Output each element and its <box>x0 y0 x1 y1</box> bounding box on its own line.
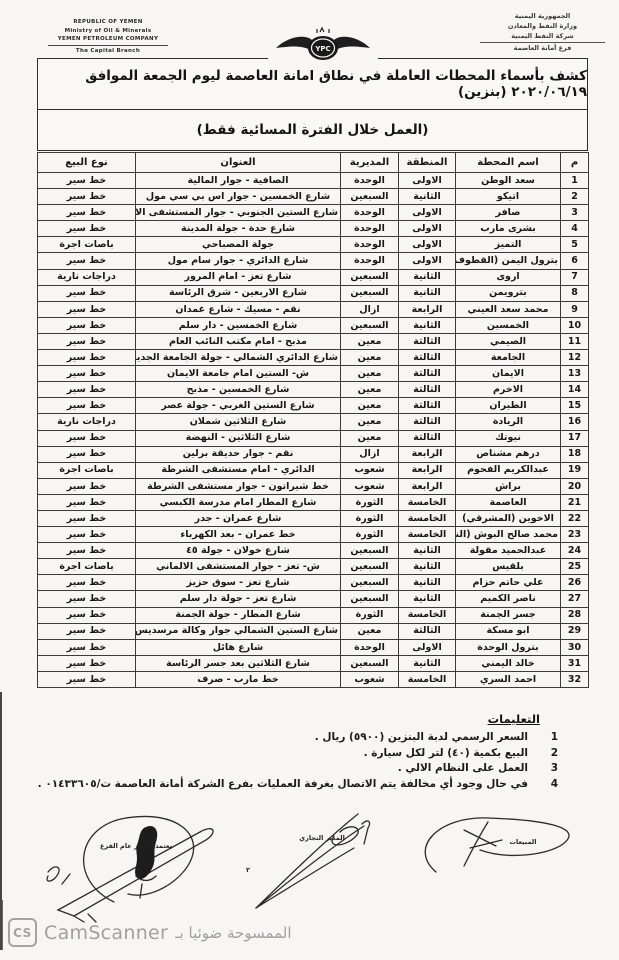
station-zone: الخامسة <box>399 527 456 543</box>
table-row: 21 العاصمة الخامسة الثورة شارع المطار ام… <box>38 494 589 510</box>
station-district: شعوب <box>341 462 399 478</box>
signature-commercial-label: المدير التجاري <box>299 834 345 842</box>
station-address: شارع الثلاثين بعد جسر الرئاسة <box>136 655 341 671</box>
station-zone: الثانية <box>399 655 456 671</box>
signature-commercial: المدير التجاري ٢ <box>246 814 370 908</box>
station-number: 32 <box>561 671 589 687</box>
station-address: مذبح - امام مكتب النائب العام <box>136 333 341 349</box>
station-district: معين <box>341 382 399 398</box>
station-name: عبدالحميد مقولة <box>456 543 561 559</box>
title-box: كشف بأسماء المحطات العاملة في نطاق امانة… <box>37 58 588 151</box>
station-number: 19 <box>561 462 589 478</box>
station-address: خط عمران - بعد الكهرباء <box>136 527 341 543</box>
station-zone: الرابعة <box>399 446 456 462</box>
station-zone: الاولى <box>399 639 456 655</box>
station-number: 29 <box>561 623 589 639</box>
station-address: شارع الثلاثين شملان <box>136 414 341 430</box>
station-district: السبعين <box>341 317 399 333</box>
table-row: 16 الريادة الثالثة معين شارع الثلاثين شم… <box>38 414 589 430</box>
station-zone: الرابعة <box>399 301 456 317</box>
station-address: نقم - مسيك - شارع غمدان <box>136 301 341 317</box>
station-number: 4 <box>561 221 589 237</box>
instruction-item: 1 السعر الرسمي لدبة البنزين (٥٩٠٠) ريال … <box>33 731 558 743</box>
station-number: 1 <box>561 173 589 189</box>
instruction-number: 4 <box>544 778 558 790</box>
station-number: 2 <box>561 189 589 205</box>
station-sale-type: خط سير <box>38 623 136 639</box>
instruction-text: السعر الرسمي لدبة البنزين (٥٩٠٠) ريال . <box>315 731 528 743</box>
station-zone: الثالثة <box>399 414 456 430</box>
station-district: السبعين <box>341 591 399 607</box>
station-zone: الاولى <box>399 253 456 269</box>
station-address: ش- الستين امام جامعة الايمان <box>136 366 341 382</box>
table-row: 7 اروى الثانية السبعين شارع تعز - امام ا… <box>38 269 589 285</box>
station-address: جولة المصباحي <box>136 237 341 253</box>
station-sale-type: خط سير <box>38 446 136 462</box>
station-zone: الثانية <box>399 189 456 205</box>
station-sale-type: خط سير <box>38 205 136 221</box>
station-district: السبعين <box>341 269 399 285</box>
station-sale-type: خط سير <box>38 478 136 494</box>
station-sale-type: خط سير <box>38 430 136 446</box>
station-number: 12 <box>561 350 589 366</box>
station-sale-type: خط سير <box>38 221 136 237</box>
station-district: شعوب <box>341 671 399 687</box>
instruction-item: 3 العمل على النظام الالي . <box>33 762 558 774</box>
station-number: 24 <box>561 543 589 559</box>
letterhead-en-line2: Ministry of Oil & Minerals <box>48 27 168 36</box>
station-address: شارع الدائري الشمالي - جولة الجامعة الجد… <box>136 350 341 366</box>
station-address: شارع الدائري - جوار سام مول <box>136 253 341 269</box>
station-zone: الثالثة <box>399 430 456 446</box>
station-sale-type: خط سير <box>38 591 136 607</box>
station-district: معين <box>341 430 399 446</box>
letterhead-arabic: الجمهورية اليمنية وزارة النفط والمعادن ش… <box>480 12 605 54</box>
table-row: 4 بشرى مارب الاولى الوحدة شارع حدة - جول… <box>38 221 589 237</box>
table-row: 19 عبدالكريم الفحوم الرابعة شعوب الدائري… <box>38 462 589 478</box>
station-sale-type: خط سير <box>38 527 136 543</box>
station-sale-type: خط سير <box>38 350 136 366</box>
station-number: 26 <box>561 575 589 591</box>
header-num: م <box>561 153 589 173</box>
station-zone: الثالثة <box>399 623 456 639</box>
letterhead-ar-line1: الجمهورية اليمنية <box>480 12 605 22</box>
station-zone: الثانية <box>399 543 456 559</box>
station-name: ابو مسكة <box>456 623 561 639</box>
station-number: 21 <box>561 494 589 510</box>
station-address: شارع الخمسين - جوار اس بي سي مول <box>136 189 341 205</box>
table-row: 17 نيوتك الثالثة معين شارع الثلاثين - ال… <box>38 430 589 446</box>
station-name: سعد الوطن <box>456 173 561 189</box>
table-row: 6 بترول اليمن (القطوف) الاولى الوحدة شار… <box>38 253 589 269</box>
station-zone: الاولى <box>399 205 456 221</box>
station-district: السبعين <box>341 189 399 205</box>
station-address: شارع المطار امام مدرسة الكبسي <box>136 494 341 510</box>
station-number: 13 <box>561 366 589 382</box>
station-name: اتيكو <box>456 189 561 205</box>
station-zone: الثانية <box>399 575 456 591</box>
station-address: شارع خولان - جولة ٤٥ <box>136 543 341 559</box>
table-row: 2 اتيكو الثانية السبعين شارع الخمسين - ج… <box>38 189 589 205</box>
station-address: شارع الخمسين - مذبح <box>136 382 341 398</box>
station-sale-type: باصات اجرة <box>38 559 136 575</box>
signature-sales: المبيعات <box>425 818 569 872</box>
station-sale-type: دراجات نارية <box>38 414 136 430</box>
station-number: 7 <box>561 269 589 285</box>
station-name: خالد اليمني <box>456 655 561 671</box>
station-name: براش <box>456 478 561 494</box>
stations-table: م اسم المحطة المنطقة المديرية العنوان نو… <box>37 152 589 688</box>
table-row: 31 خالد اليمني الثانية السبعين شارع الثل… <box>38 655 589 671</box>
station-sale-type: خط سير <box>38 317 136 333</box>
station-zone: الخامسة <box>399 607 456 623</box>
station-address: شارع الاربعين - شرق الرئاسة <box>136 285 341 301</box>
scanned-by-text: الممسوحة ضوئيا بـ <box>175 924 291 942</box>
ypc-logo-text: YPC <box>314 45 330 53</box>
station-zone: الرابعة <box>399 462 456 478</box>
letterhead-ar-line3: شركة النفط اليمنية <box>480 32 605 42</box>
table-row: 1 سعد الوطن الاولى الوحدة الصافية - جوار… <box>38 173 589 189</box>
station-address: شارع تعز - امام المرور <box>136 269 341 285</box>
station-district: السبعين <box>341 655 399 671</box>
station-zone: الثانية <box>399 317 456 333</box>
station-zone: الثانية <box>399 559 456 575</box>
table-row: 3 صافر الاولى الوحدة شارع الستين الجنوبي… <box>38 205 589 221</box>
station-district: الثورة <box>341 607 399 623</box>
table-row: 12 الجامعة الثالثة معين شارع الدائري الش… <box>38 350 589 366</box>
station-sale-type: خط سير <box>38 607 136 623</box>
station-number: 16 <box>561 414 589 430</box>
station-number: 6 <box>561 253 589 269</box>
station-sale-type: خط سير <box>38 366 136 382</box>
station-sale-type: خط سير <box>38 189 136 205</box>
table-row: 22 الاخوين (المشرقي) الخامسة الثورة شارع… <box>38 510 589 526</box>
letterhead-en-line4: The Capital Branch <box>48 45 168 56</box>
table-row: 26 علي حاتم حزام الثانية السبعين شارع تع… <box>38 575 589 591</box>
station-district: الثورة <box>341 494 399 510</box>
station-sale-type: دراجات نارية <box>38 269 136 285</box>
station-name: الصيمي <box>456 333 561 349</box>
station-number: 17 <box>561 430 589 446</box>
station-address: شارع الستين الشمالي جوار وكالة مرسديس <box>136 623 341 639</box>
table-row: 10 الخمسين الثانية السبعين شارع الخمسين … <box>38 317 589 333</box>
station-sale-type: خط سير <box>38 575 136 591</box>
station-number: 18 <box>561 446 589 462</box>
letterhead-english: REPUBLIC OF YEMEN Ministry of Oil & Mine… <box>48 18 168 55</box>
station-name: الايمان <box>456 366 561 382</box>
station-district: الوحدة <box>341 639 399 655</box>
stations-tbody: 1 سعد الوطن الاولى الوحدة الصافية - جوار… <box>38 173 589 688</box>
table-row: 11 الصيمي الثالثة معين مذبح - امام مكتب … <box>38 333 589 349</box>
station-name: الاخرم <box>456 382 561 398</box>
station-number: 3 <box>561 205 589 221</box>
station-zone: الثالثة <box>399 366 456 382</box>
station-address: الصافية - جوار المالية <box>136 173 341 189</box>
station-zone: الخامسة <box>399 510 456 526</box>
instruction-item: 2 البيع بكمية (٤٠) لتر لكل سيارة . <box>33 747 558 759</box>
station-district: الثورة <box>341 527 399 543</box>
instruction-number: 1 <box>544 731 558 743</box>
station-number: 20 <box>561 478 589 494</box>
ypc-logo-icon: YPC <box>268 24 378 70</box>
station-district: معين <box>341 333 399 349</box>
station-sale-type: خط سير <box>38 655 136 671</box>
station-zone: الثانية <box>399 285 456 301</box>
station-address: شارع الستين الغربي - جولة عصر <box>136 398 341 414</box>
station-name: الطيران <box>456 398 561 414</box>
signature-approval: يعتمد / مدير عام الفرع <box>47 816 213 922</box>
station-zone: الثالثة <box>399 333 456 349</box>
station-name: جسر الجمنة <box>456 607 561 623</box>
instructions-heading: التعليمات <box>488 712 540 726</box>
station-zone: الخامسة <box>399 671 456 687</box>
station-district: السبعين <box>341 559 399 575</box>
scan-edge-artifact <box>2 900 3 950</box>
station-number: 31 <box>561 655 589 671</box>
station-sale-type: خط سير <box>38 285 136 301</box>
station-sale-type: خط سير <box>38 301 136 317</box>
station-address: ش- تعز - جوار المستشفى الالماني <box>136 559 341 575</box>
station-address: شارع الخمسين - دار سلم <box>136 317 341 333</box>
station-district: معين <box>341 414 399 430</box>
document-subtitle: (العمل خلال الفترة المسائية فقط) <box>197 122 429 138</box>
station-address: شارع المطار - جولة الجمنة <box>136 607 341 623</box>
station-address: شارع عمران - جدر <box>136 510 341 526</box>
station-address: نقم - جوار حديقة برلين <box>136 446 341 462</box>
station-sale-type: باصات اجرة <box>38 462 136 478</box>
station-district: الوحدة <box>341 253 399 269</box>
instruction-number: 3 <box>544 762 558 774</box>
station-district: الثورة <box>341 510 399 526</box>
instructions-section: التعليمات 1 السعر الرسمي لدبة البنزين (٥… <box>33 708 588 793</box>
station-number: 27 <box>561 591 589 607</box>
station-number: 25 <box>561 559 589 575</box>
station-district: السبعين <box>341 285 399 301</box>
station-district: السبعين <box>341 575 399 591</box>
station-sale-type: باصات اجرة <box>38 237 136 253</box>
station-number: 23 <box>561 527 589 543</box>
station-number: 30 <box>561 639 589 655</box>
station-address: خط مارب - صرف <box>136 671 341 687</box>
table-row: 24 عبدالحميد مقولة الثانية السبعين شارع … <box>38 543 589 559</box>
station-sale-type: خط سير <box>38 510 136 526</box>
station-name: بشرى مارب <box>456 221 561 237</box>
station-district: شعوب <box>341 478 399 494</box>
station-district: معين <box>341 366 399 382</box>
station-name: الريادة <box>456 414 561 430</box>
station-sale-type: خط سير <box>38 639 136 655</box>
station-number: 28 <box>561 607 589 623</box>
station-zone: الاولى <box>399 237 456 253</box>
station-number: 8 <box>561 285 589 301</box>
station-sale-type: خط سير <box>38 671 136 687</box>
station-district: الوحدة <box>341 205 399 221</box>
station-name: اروى <box>456 269 561 285</box>
instruction-text: العمل على النظام الالي . <box>398 762 528 774</box>
station-name: العاصمة <box>456 494 561 510</box>
station-address: شارع حدة - جولة المدينة <box>136 221 341 237</box>
station-name: محمد سعد العيني <box>456 301 561 317</box>
station-sale-type: خط سير <box>38 494 136 510</box>
header-station-name: اسم المحطة <box>456 153 561 173</box>
station-name: علي حاتم حزام <box>456 575 561 591</box>
camscanner-name: CamScanner <box>44 922 168 944</box>
station-name: بترويمن <box>456 285 561 301</box>
table-row: 5 التميز الاولى الوحدة جولة المصباحي باص… <box>38 237 589 253</box>
table-row: 25 بلقيس الثانية السبعين ش- تعز - جوار ا… <box>38 559 589 575</box>
station-name: الجامعة <box>456 350 561 366</box>
signature-commercial-mark: ٢ <box>246 866 250 874</box>
instruction-number: 2 <box>544 747 558 759</box>
table-row: 32 احمد السري الخامسة شعوب خط مارب - صرف… <box>38 671 589 687</box>
station-name: صافر <box>456 205 561 221</box>
station-address: شارع تعز - جولة دار سلم <box>136 591 341 607</box>
station-sale-type: خط سير <box>38 173 136 189</box>
station-address: شارع الثلاثين - النهضة <box>136 430 341 446</box>
station-district: ازال <box>341 301 399 317</box>
signature-sales-label: المبيعات <box>510 838 537 846</box>
station-name: درهم مشناص <box>456 446 561 462</box>
table-row: 15 الطيران الثالثة معين شارع الستين الغر… <box>38 398 589 414</box>
instruction-item: 4 في حال وجود أي مخالفة يتم الاتصال بغرف… <box>33 778 558 790</box>
station-zone: الثانية <box>399 591 456 607</box>
station-name: الخمسين <box>456 317 561 333</box>
instruction-text: في حال وجود أي مخالفة يتم الاتصال بغرفة … <box>38 778 528 790</box>
station-address: شارع الستين الجنوبي - جوار المستشفى الاه… <box>136 205 341 221</box>
station-number: 9 <box>561 301 589 317</box>
station-name: التميز <box>456 237 561 253</box>
station-zone: الاولى <box>399 221 456 237</box>
document-title: كشف بأسماء المحطات العاملة في نطاق امانة… <box>38 68 587 100</box>
letterhead-ar-line2: وزارة النفط والمعادن <box>480 22 605 32</box>
station-sale-type: خط سير <box>38 398 136 414</box>
station-zone: الرابعة <box>399 478 456 494</box>
camscanner-footer: CS CamScanner الممسوحة ضوئيا بـ <box>8 918 292 947</box>
station-district: السبعين <box>341 543 399 559</box>
table-row: 14 الاخرم الثالثة معين شارع الخمسين - مذ… <box>38 382 589 398</box>
table-header-row: م اسم المحطة المنطقة المديرية العنوان نو… <box>38 153 589 173</box>
station-zone: الثالثة <box>399 382 456 398</box>
letterhead-en-line3: YEMEN PETROLEUM COMPANY <box>48 35 168 44</box>
station-sale-type: خط سير <box>38 253 136 269</box>
letterhead-ar-line4: فرع أمانة العاصمة <box>480 42 605 54</box>
station-name: بلقيس <box>456 559 561 575</box>
station-name: احمد السري <box>456 671 561 687</box>
station-name: محمد صالح البوش (النور) <box>456 527 561 543</box>
station-zone: الثالثة <box>399 350 456 366</box>
station-address: شارع تعز - سوق حزيز <box>136 575 341 591</box>
station-zone: الثالثة <box>399 398 456 414</box>
header-zone: المنطقة <box>399 153 456 173</box>
station-sale-type: خط سير <box>38 382 136 398</box>
station-sale-type: خط سير <box>38 333 136 349</box>
station-district: الوحدة <box>341 221 399 237</box>
table-row: 23 محمد صالح البوش (النور) الخامسة الثور… <box>38 527 589 543</box>
station-number: 22 <box>561 510 589 526</box>
station-name: بترول الوحدة <box>456 639 561 655</box>
station-address: الدائري - امام مستشفى الشرطة <box>136 462 341 478</box>
station-name: الاخوين (المشرقي) <box>456 510 561 526</box>
station-number: 5 <box>561 237 589 253</box>
station-name: نيوتك <box>456 430 561 446</box>
signature-approval-label: يعتمد / مدير عام الفرع <box>100 842 172 850</box>
header-district: المديرية <box>341 153 399 173</box>
station-district: معين <box>341 398 399 414</box>
table-row: 9 محمد سعد العيني الرابعة ازال نقم - مسي… <box>38 301 589 317</box>
station-number: 15 <box>561 398 589 414</box>
station-name: بترول اليمن (القطوف) <box>456 253 561 269</box>
table-row: 30 بترول الوحدة الاولى الوحدة شارع هائل … <box>38 639 589 655</box>
letterhead-en-line1: REPUBLIC OF YEMEN <box>48 18 168 27</box>
instruction-text: البيع بكمية (٤٠) لتر لكل سيارة . <box>364 747 528 759</box>
station-district: الوحدة <box>341 237 399 253</box>
station-address: خط شيراتون - جوار مستشفى الشرطة <box>136 478 341 494</box>
table-row: 27 ناصر الكميم الثانية السبعين شارع تعز … <box>38 591 589 607</box>
table-row: 13 الايمان الثالثة معين ش- الستين امام ج… <box>38 366 589 382</box>
header-sale-type: نوع البيع <box>38 153 136 173</box>
station-name: عبدالكريم الفحوم <box>456 462 561 478</box>
table-row: 8 بترويمن الثانية السبعين شارع الاربعين … <box>38 285 589 301</box>
station-district: معين <box>341 623 399 639</box>
signatures-area: المبيعات المدير التجاري ٢ يعتمد / مدير ع… <box>18 810 603 928</box>
station-number: 14 <box>561 382 589 398</box>
table-row: 28 جسر الجمنة الخامسة الثورة شارع المطار… <box>38 607 589 623</box>
station-district: ازال <box>341 446 399 462</box>
table-row: 20 براش الرابعة شعوب خط شيراتون - جوار م… <box>38 478 589 494</box>
station-number: 10 <box>561 317 589 333</box>
table-row: 18 درهم مشناص الرابعة ازال نقم - جوار حد… <box>38 446 589 462</box>
station-district: معين <box>341 350 399 366</box>
camscanner-logo-icon: CS <box>8 918 37 947</box>
station-address: شارع هائل <box>136 639 341 655</box>
station-zone: الثانية <box>399 269 456 285</box>
station-district: الوحدة <box>341 173 399 189</box>
station-name: ناصر الكميم <box>456 591 561 607</box>
station-number: 11 <box>561 333 589 349</box>
table-row: 29 ابو مسكة الثالثة معين شارع الستين الش… <box>38 623 589 639</box>
station-zone: الخامسة <box>399 494 456 510</box>
header-address: العنوان <box>136 153 341 173</box>
station-zone: الاولى <box>399 173 456 189</box>
station-sale-type: خط سير <box>38 543 136 559</box>
